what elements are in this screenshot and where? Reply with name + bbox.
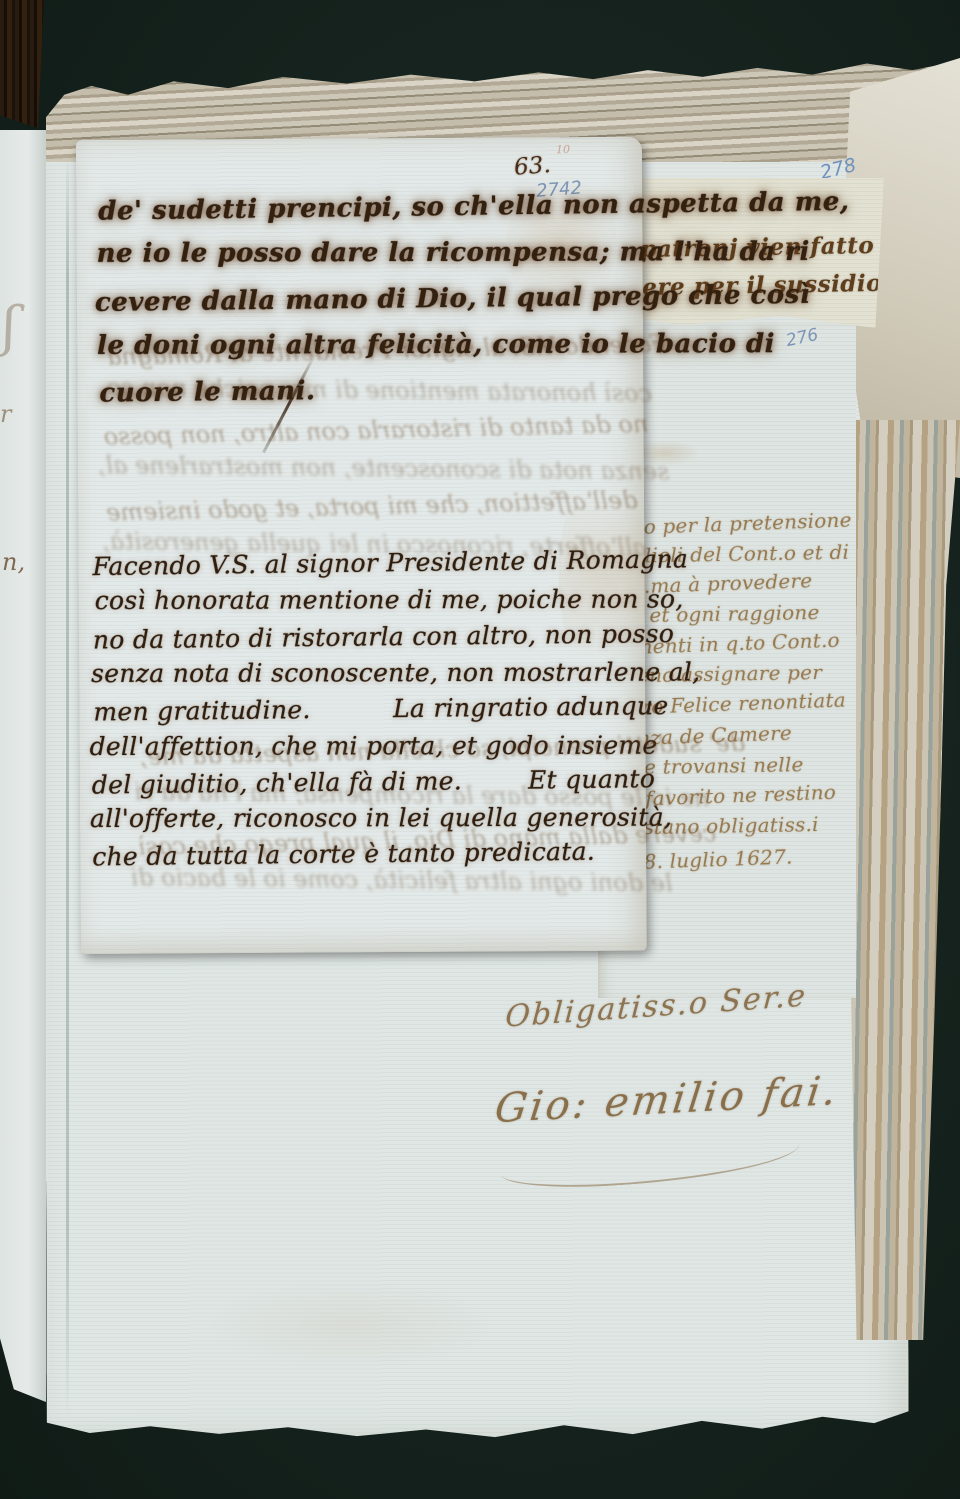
letter-text-line: cevere dalla mano di Dio, il qual prego … [95, 282, 811, 316]
faint-stamp-mark: 10 [556, 143, 570, 156]
letter-page-folio-63: 10 63. 2742 Facendo V.S. al signor Presi… [76, 137, 647, 954]
bleedthrough-line: senza nota di sconoscente, non mostrarle… [98, 453, 670, 483]
manuscript-scan: 278 ʃ r n, lli patronj vien fatto — dove… [0, 0, 960, 1499]
left-edge-ink-fragment: n, [2, 548, 25, 576]
letter-text-line: ne io le posso dare la ricompensa; ma l'… [97, 239, 810, 267]
binding-board-edge [0, 0, 44, 128]
bleedthrough-line: dell'affettion, che mi porta, et godo in… [106, 488, 638, 525]
bleedthrough-line: ne io le posso dare la ricompensa; ma l'… [134, 780, 710, 811]
bleedthrough-line: no da tanto di ristorarla con altro, non… [103, 412, 648, 449]
left-edge-ink-fragment: r [0, 400, 11, 428]
letter-text-line: senza nota di sconoscente, non mostrarle… [91, 659, 700, 686]
page-fold-line [66, 150, 69, 1420]
letter-text-line: no da tanto di ristorarla con altro, non… [93, 621, 674, 653]
paper-stack-right-edge [845, 420, 960, 1340]
bleedthrough-line: le doni ogni altra felicità, come io le … [130, 865, 672, 895]
folio-number: 63. [513, 152, 551, 181]
folio-number-blue-276: 276 [784, 325, 820, 351]
letter-text-line: le doni ogni altra felicità, come io le … [97, 331, 775, 359]
left-edge-ink-fragment: ʃ [2, 295, 17, 358]
letter-text-line: cuore le mani. [99, 378, 315, 406]
letter-text-line: men gratitudine. La ringratio adunque [93, 693, 668, 725]
letter-text-line: così honorata mentione di me, poiche non… [95, 586, 684, 613]
letter-text-line: Facendo V.S. al signor Presidente di Rom… [92, 546, 688, 579]
